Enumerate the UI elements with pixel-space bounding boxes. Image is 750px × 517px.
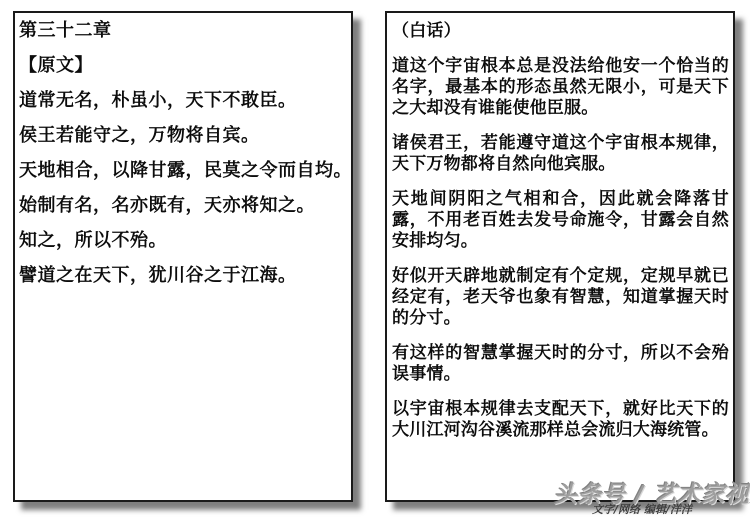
chapter-title: 第三十二章 xyxy=(19,21,345,40)
original-line: 知之，所以不殆。 xyxy=(19,231,345,250)
original-line: 天地相合，以降甘露，民莫之令而自均。 xyxy=(19,161,345,180)
original-line: 始制有名，名亦既有，天亦将知之。 xyxy=(19,196,345,215)
vernacular-paragraph: 诸侯君王，若能遵守道这个宇宙根本规律，天下万物都将自然向他宾服。 xyxy=(392,133,729,175)
vernacular-paragraph: 道这个宇宙根本总是没法给他安一个恰当的名字，最基本的形态虽然无限小，可是天下之大… xyxy=(392,56,729,119)
vernacular-paragraph: 天地间阴阳之气相和合，因此就会降落甘露，不用老百姓去发号命施令，甘露会自然安排均… xyxy=(392,189,729,252)
original-line: 侯王若能守之，万物将自宾。 xyxy=(19,126,345,145)
vernacular-paragraph: 好似开天辟地就制定有个定规，定规早就已经定有，老天爷也象有智慧，知道掌握天时的分… xyxy=(392,266,729,329)
original-text-panel: 第三十二章 【原文】 道常无名，朴虽小，天下不敢臣。 侯王若能守之，万物将自宾。… xyxy=(13,11,353,502)
original-line: 道常无名，朴虽小，天下不敢臣。 xyxy=(19,91,345,110)
original-section-label: 【原文】 xyxy=(19,56,345,75)
vernacular-paragraph: 以宇宙根本规律去支配天下，就好比天下的大川江河沟谷溪流那样总会流归大海统管。 xyxy=(392,399,729,441)
vernacular-section-label: （白话） xyxy=(392,21,729,42)
watermark-credit-line: 文字/网络 编辑/洋洋 xyxy=(592,501,692,517)
vernacular-translation-panel: （白话） 道这个宇宙根本总是没法给他安一个恰当的名字，最基本的形态虽然无限小，可… xyxy=(385,11,735,502)
original-line: 譬道之在天下，犹川谷之于江海。 xyxy=(19,266,345,285)
vernacular-paragraph: 有这样的智慧掌握天时的分寸，所以不会殆误事情。 xyxy=(392,343,729,385)
